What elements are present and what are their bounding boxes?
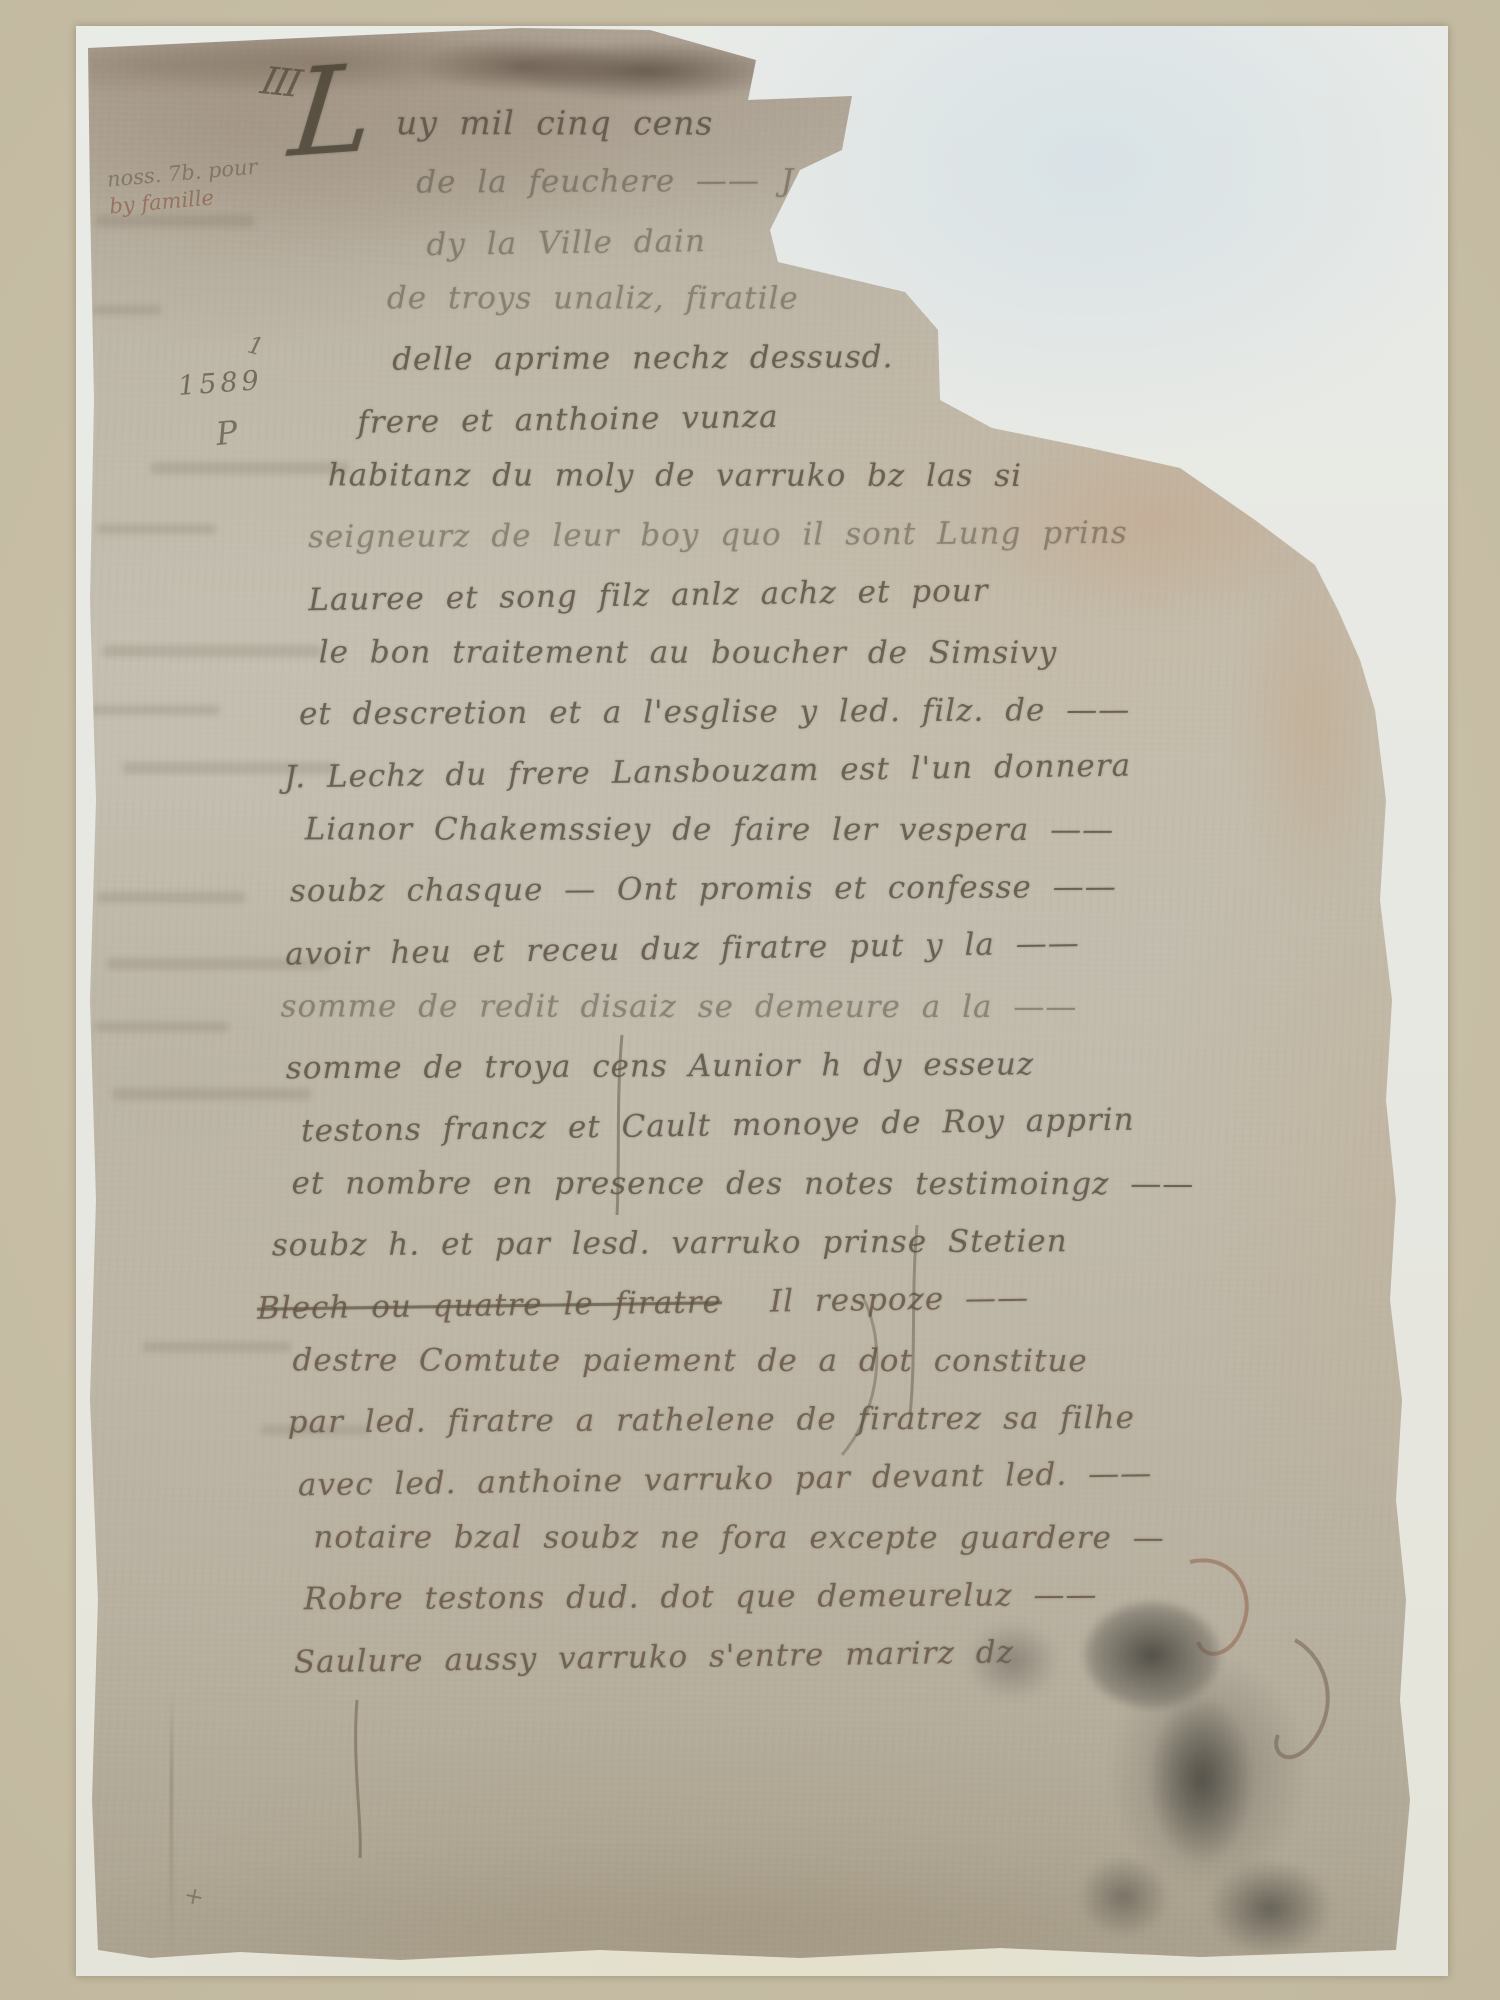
verso-showthrough: [96, 524, 216, 534]
manuscript-line: seigneurz de leur boy quo il sont Lung p…: [308, 514, 1228, 578]
manuscript-line: Lauree et song filz anlz achz et pour: [308, 569, 1229, 641]
manuscript-line: avoir heu et receu duz firatre put y la …: [285, 923, 1231, 995]
manuscript-line: et nombre en presence des notes testimoi…: [292, 1165, 1232, 1225]
ink-blot-bottom: [1195, 1845, 1345, 1960]
verso-showthrough: [94, 1022, 229, 1032]
manuscript-line: Lianor Chakemssiey de faire ler vespera …: [305, 811, 1230, 871]
manuscript-line: testons francz et Cault monoye de Roy ap…: [301, 1100, 1232, 1172]
manuscript-line: habitanz du moly de varruko bz las si: [328, 457, 1228, 517]
fold-crease: [170, 1690, 173, 1960]
verso-showthrough: [96, 892, 246, 903]
manuscript-line: J. Lechz du frere Lansbouzam est l'un do…: [284, 746, 1230, 818]
manuscript-line: soubz chasque — Ont promis et confesse —…: [290, 868, 1230, 932]
manuscript-line: et descretion et a l'esglise y led. filz…: [299, 691, 1229, 755]
verso-showthrough: [92, 305, 162, 315]
struck-line-tail: Il respoze ——: [770, 1280, 1030, 1320]
manuscript-photograph: noss. 7b. pour by famille 1 1589 P + III…: [0, 0, 1500, 2000]
manuscript-line: somme de redit disaiz se demeure a la ——: [281, 988, 1231, 1048]
manuscript-line: le bon traitement au boucher de Simsivy: [319, 634, 1229, 694]
manuscript-line: soubz h. et par lesd. varruko prinse Ste…: [272, 1222, 1232, 1286]
struck-text: Blech ou quatre le firatre: [257, 1284, 722, 1326]
manuscript-line-struck: Blech ou quatre le firatreIl respoze ——: [257, 1277, 1233, 1350]
gap: [722, 1312, 770, 1313]
manuscript-line: somme de troya cens Aunior h dy esseuz: [286, 1045, 1231, 1109]
manuscript-line: notaire bzal soubz ne fora excepte guard…: [313, 1519, 1233, 1579]
verso-showthrough: [90, 705, 220, 715]
manuscript-line: par led. firatre a rathelene de firatrez…: [288, 1399, 1233, 1463]
manuscript-line: destre Comtute paiement de a dot constit…: [292, 1342, 1232, 1402]
manuscript-line: avec led. anthoine varruko par devant le…: [298, 1454, 1234, 1526]
